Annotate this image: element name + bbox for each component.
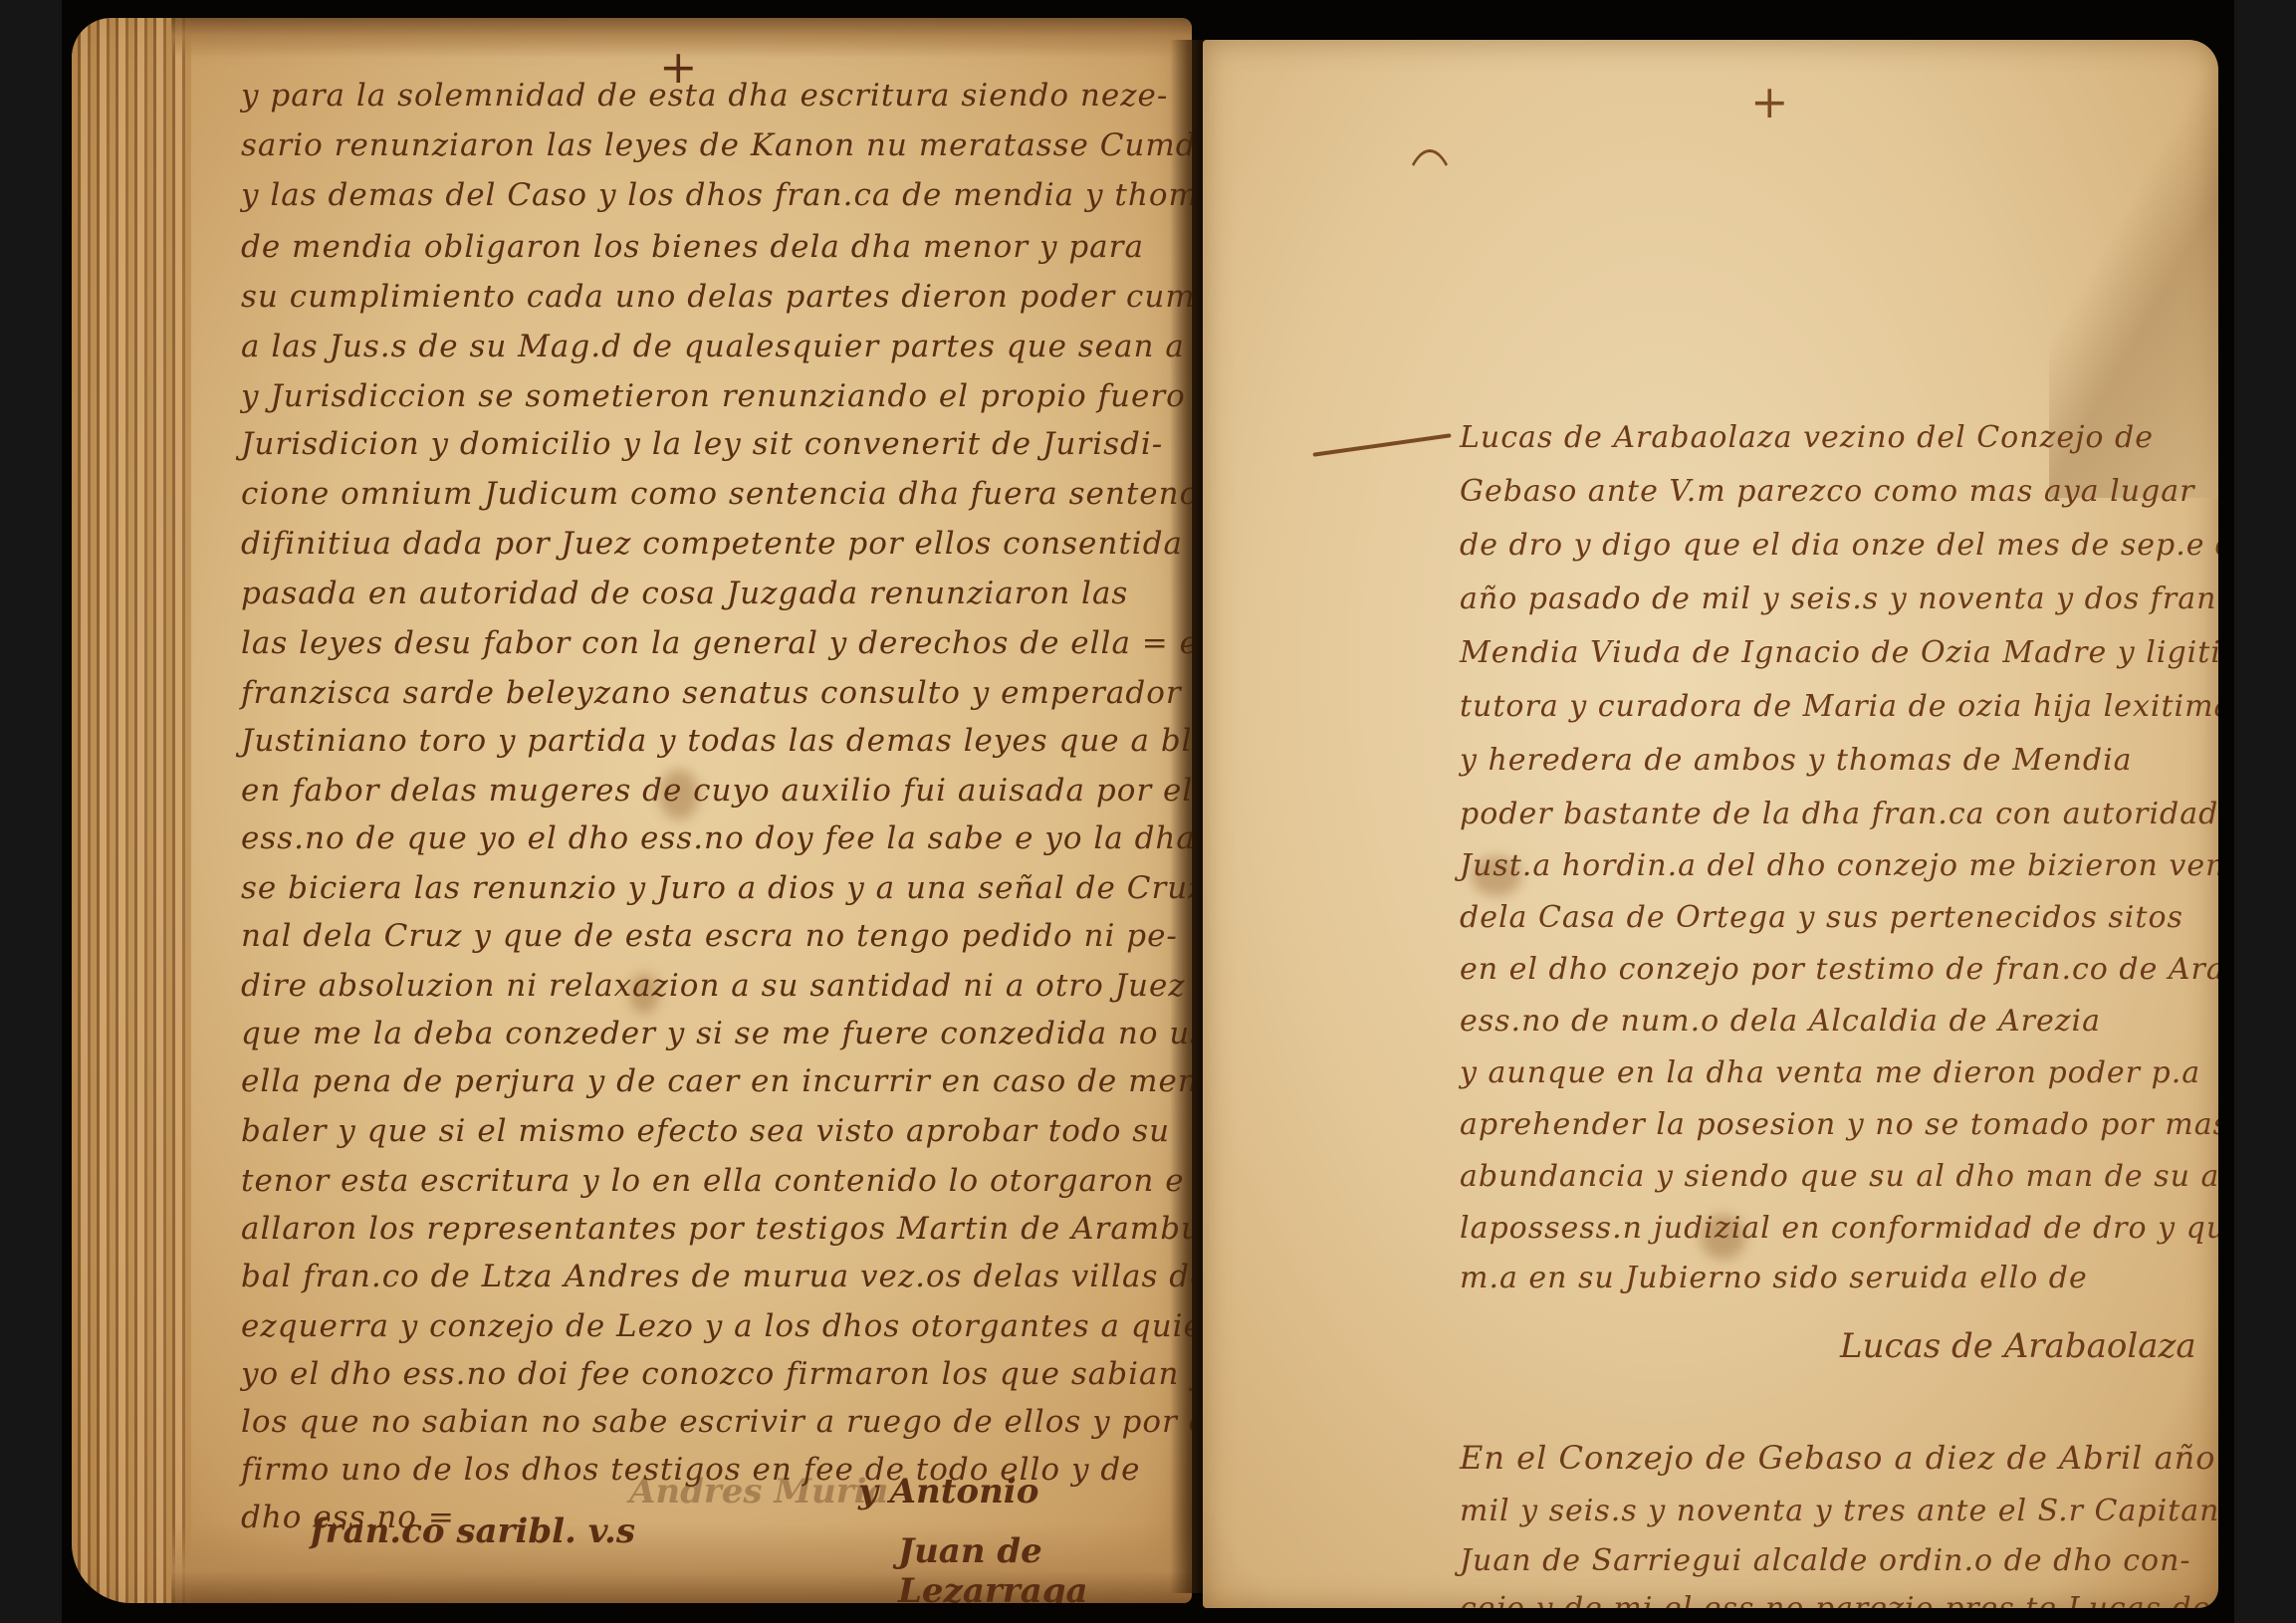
manuscript-line: y aunque en la dha venta me dieron poder… [1460, 1055, 2200, 1090]
manuscript-line: dire absoluzion ni relaxazion a su santi… [241, 968, 1186, 1004]
manuscript-line: de mendia obligaron los bienes dela dha … [241, 229, 1144, 265]
signature-witness: y Antonio [858, 1472, 1038, 1511]
manuscript-line: tutora y curadora de Maria de ozia hija … [1460, 689, 2218, 724]
line-flourish [1312, 433, 1451, 456]
manuscript-line: ess.no de que yo el dho ess.no doy fee l… [241, 820, 1192, 856]
manuscript-line: y heredera de ambos y thomas de Mendia [1460, 743, 2133, 778]
manuscript-line: que me la deba conzeder y si se me fuere… [241, 1016, 1192, 1051]
page-stack-edge [72, 18, 191, 1603]
manuscript-line: se biciera las renunzio y Juro a dios y … [241, 870, 1192, 906]
manuscript-line: Justiniano toro y partida y todas las de… [241, 723, 1192, 759]
manuscript-line: ezquerra y conzejo de Lezo y a los dhos … [241, 1308, 1192, 1344]
manuscript-line: Lucas de Arabaolaza vezino del Conzejo d… [1460, 420, 2154, 455]
signature-witness: Andres Muria [629, 1472, 889, 1511]
cross-mark: + [1750, 75, 1789, 128]
manuscript-line: y las demas del Caso y los dhos fran.ca … [241, 177, 1192, 213]
manuscript-line: en fabor delas mugeres de cuyo auxilio f… [241, 773, 1192, 809]
manuscript-line: ess.no de num.o dela Alcaldia de Arezia [1460, 1004, 2101, 1039]
left-page: + y para la solemnidad de esta dha escri… [72, 18, 1192, 1603]
manuscript-line: nal dela Cruz y que de esta escra no ten… [241, 918, 1178, 954]
manuscript-line: su cumplimiento cada uno delas partes di… [241, 279, 1192, 315]
manuscript-line: Jurisdicion y domicilio y la ley sit con… [241, 426, 1163, 462]
manuscript-line: y para la solemnidad de esta dha escritu… [241, 78, 1168, 114]
manuscript-line: allaron los representantes por testigos … [241, 1211, 1192, 1247]
manuscript-line: a las Jus.s de su Mag.d de qualesquier p… [241, 329, 1192, 364]
manuscript-line: bal fran.co de Ltza Andres de murua vez.… [241, 1259, 1192, 1294]
manuscript-line: dela Casa de Ortega y sus pertenecidos s… [1460, 900, 2183, 935]
notary-line: En el Conzejo de Gebaso a diez de Abril … [1460, 1439, 2218, 1477]
manuscript-line: las leyes desu fabor con la general y de… [241, 625, 1192, 661]
manuscript-line: año pasado de mil y seis.s y noventa y d… [1460, 581, 2218, 616]
manuscript-line: difinitiua dada por Juez competente por … [241, 526, 1183, 562]
notary-line: cejo y de mi el ess.no parezio pres.te L… [1460, 1591, 2218, 1608]
manuscript-line: cione omnium Judicum como sentencia dha … [241, 476, 1192, 512]
flourish-mark [1397, 149, 1463, 335]
manuscript-line: aprehender la posesion y no se tomado po… [1460, 1107, 2218, 1142]
manuscript-line: yo el dho ess.no doi fee conozco firmaro… [241, 1356, 1192, 1392]
manuscript-line: franzisca sarde beleyzano senatus consul… [241, 675, 1182, 711]
right-page: + Lucas de Arabaolaza vezino del Conzejo… [1203, 40, 2218, 1608]
manuscript-line: Just.a hordin.a del dho conzejo me bizie… [1460, 848, 2218, 883]
scan-border-right [2234, 0, 2296, 1623]
scan-border-left [0, 0, 62, 1623]
signature-witness: fran.co saribl. v.s [311, 1511, 635, 1551]
manuscript-line: baler y que si el mismo efecto sea visto… [241, 1113, 1170, 1149]
manuscript-line: m.a en su Jubierno sido seruida ello de [1460, 1261, 2088, 1295]
manuscript-line: tenor esta escritura y lo en ella conten… [241, 1163, 1192, 1199]
manuscript-line: sario renunziaron las leyes de Kanon nu … [241, 127, 1192, 163]
manuscript-line: en el dho conzejo por testimo de fran.co… [1460, 952, 2218, 987]
manuscript-line: lapossess.n judizial en conformidad de d… [1460, 1211, 2218, 1246]
signature-notary: Juan de Lezarraga [898, 1531, 1192, 1603]
notary-line: Juan de Sarriegui alcalde ordin.o de dho… [1460, 1543, 2191, 1578]
manuscript-line: los que no sabian no sabe escrivir a rue… [241, 1404, 1192, 1440]
manuscript-line: Gebaso ante V.m parezco como mas aya lug… [1460, 474, 2194, 509]
manuscript-line: pasada en autoridad de cosa Juzgada renu… [241, 576, 1128, 611]
manuscript-line: ella pena de perjura y de caer en incurr… [241, 1063, 1192, 1099]
signature-petitioner: Lucas de Arabaolaza [1840, 1326, 2196, 1366]
manuscript-line: de dro y digo que el dia onze del mes de… [1460, 528, 2218, 563]
notary-line: mil y seis.s y noventa y tres ante el S.… [1460, 1494, 2218, 1528]
manuscript-line: abundancia y siendo que su al dho man de… [1460, 1159, 2218, 1194]
manuscript-line: Mendia Viuda de Ignacio de Ozia Madre y … [1460, 635, 2218, 670]
manuscript-line: y Jurisdiccion se sometieron renunziando… [241, 378, 1186, 414]
manuscript-line: poder bastante de la dha fran.ca con aut… [1460, 797, 2218, 831]
